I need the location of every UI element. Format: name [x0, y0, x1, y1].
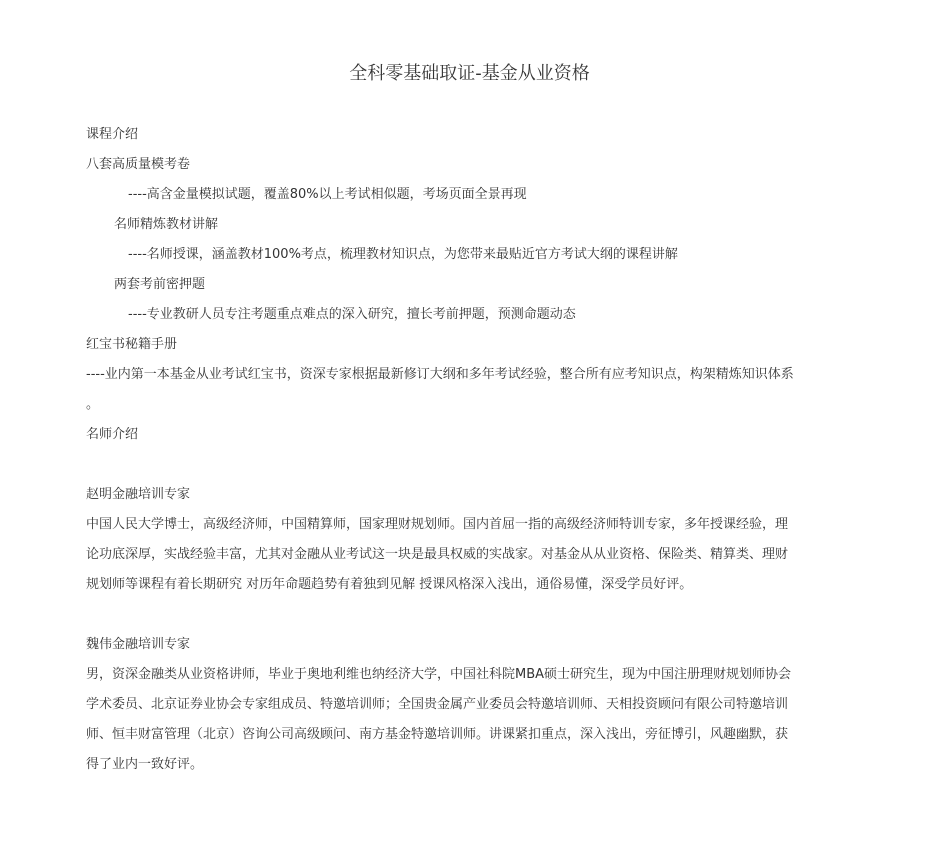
- spacer: [86, 600, 861, 630]
- course-intro-heading: 课程介绍: [86, 120, 861, 150]
- teacher-bio-line: 中国人民大学博士，高级经济师，中国精算师，国家理财规划师。国内首屈一指的高级经济…: [86, 510, 861, 540]
- course-item-name: 红宝书秘籍手册: [86, 330, 861, 360]
- article-body: 课程介绍 八套高质量模考卷 ----高含金量模拟试题，覆盖80%以上考试相似题，…: [86, 120, 861, 780]
- course-item-name: 八套高质量模考卷: [86, 150, 861, 180]
- course-item-description: ----专业教研人员专注考题重点难点的深入研究，擅长考前押题，预测命题动态: [86, 300, 861, 330]
- course-item-name: 名师精炼教材讲解: [86, 210, 861, 240]
- teacher-bio-line: 论功底深厚，实战经验丰富，尤其对金融从业考试这一块是最具权威的实战家。对基金从从…: [86, 540, 861, 570]
- teacher-card: 赵明金融培训专家 中国人民大学博士，高级经济师，中国精算师，国家理财规划师。国内…: [86, 480, 861, 600]
- course-item-name: 两套考前密押题: [86, 270, 861, 300]
- teacher-intro-section: 名师介绍 赵明金融培训专家 中国人民大学博士，高级经济师，中国精算师，国家理财规…: [86, 420, 861, 780]
- teacher-bio-line: 得了业内一致好评。: [86, 750, 861, 780]
- teacher-name: 魏伟金融培训专家: [86, 630, 861, 660]
- teacher-bio-line: 规划师等课程有着长期研究 对历年命题趋势有着独到见解 授课风格深入浅出，通俗易懂…: [86, 570, 861, 600]
- teacher-intro-heading: 名师介绍: [86, 420, 861, 450]
- course-item-description-continuation: 。: [86, 390, 861, 420]
- course-item-description: ----名师授课，涵盖教材100%考点，梳理教材知识点，为您带来最贴近官方考试大…: [86, 240, 861, 270]
- teacher-bio-line: 师、恒丰财富管理（北京）咨询公司高级顾问、南方基金特邀培训师。讲课紧扣重点，深入…: [86, 720, 861, 750]
- teacher-bio-line: 学术委员、北京证券业协会专家组成员、特邀培训师；全国贵金属产业委员会特邀培训师、…: [86, 690, 861, 720]
- page-title: 全科零基础取证-基金从业资格: [0, 62, 939, 86]
- spacer: [86, 450, 861, 480]
- teacher-name: 赵明金融培训专家: [86, 480, 861, 510]
- teacher-card: 魏伟金融培训专家 男，资深金融类从业资格讲师，毕业于奥地利维也纳经济大学，中国社…: [86, 630, 861, 780]
- course-item-description: ----高含金量模拟试题，覆盖80%以上考试相似题，考场页面全景再现: [86, 180, 861, 210]
- teacher-bio-line: 男，资深金融类从业资格讲师，毕业于奥地利维也纳经济大学，中国社科院MBA硕士研究…: [86, 660, 861, 690]
- course-intro-section: 课程介绍 八套高质量模考卷 ----高含金量模拟试题，覆盖80%以上考试相似题，…: [86, 120, 861, 420]
- course-item-description: ----业内第一本基金从业考试红宝书，资深专家根据最新修订大纲和多年考试经验，整…: [86, 360, 861, 390]
